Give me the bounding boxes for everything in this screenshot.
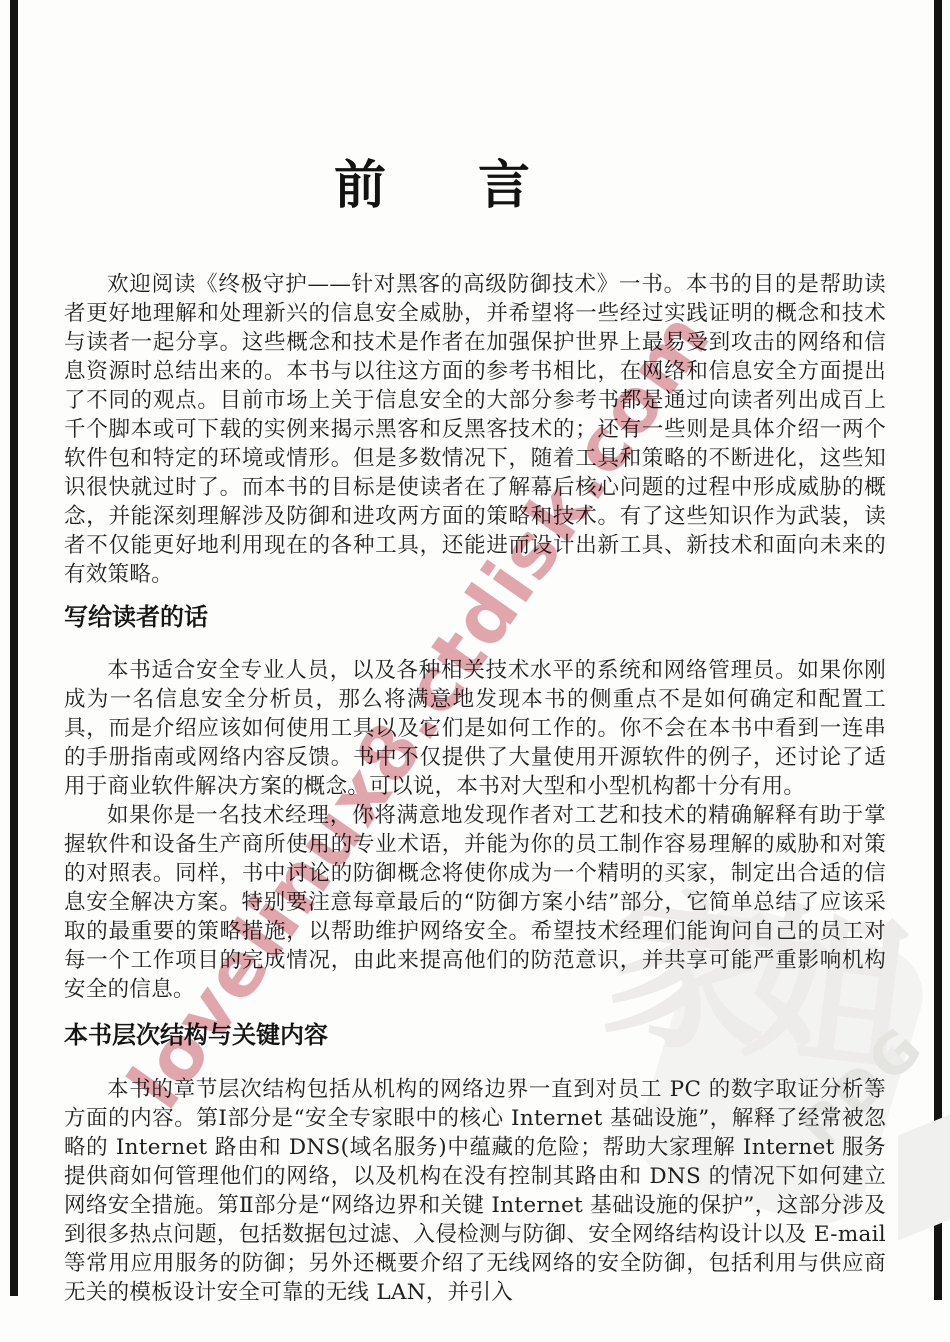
section-heading-to-readers: 写给读者的话 [64, 604, 886, 630]
section-heading-structure: 本书层次结构与关键内容 [64, 1022, 886, 1048]
paragraph-structure-1: 本书的章节层次结构包括从机构的网络边界一直到对员工 PC 的数字取证分析等方面的… [64, 1075, 886, 1307]
page-content: 前言 欢迎阅读《终极守护——针对黑客的高级防御技术》一书。本书的目的是帮助读者更… [64, 0, 886, 1307]
page-title-right: 言 [478, 156, 530, 216]
paragraph-readers-1: 本书适合安全专业人员，以及各种相关技术水平的系统和网络管理员。如果你刚成为一名信… [64, 656, 886, 801]
paragraph-readers-2: 如果你是一名技术经理，你将满意地发现作者对工艺和技术的精确解释有助于掌握软件和设… [64, 801, 886, 1004]
page-title-left: 前 [334, 156, 386, 216]
scan-edge-bar-left [10, 0, 18, 1296]
intro-paragraph: 欢迎阅读《终极守护——针对黑客的高级防御技术》一书。本书的目的是帮助读者更好地理… [64, 270, 886, 589]
seal-corner-flag [898, 1114, 950, 1240]
scan-edge-bar-right [934, 0, 942, 1300]
scanned-book-page: 家姐 PDG 前言 欢迎阅读《终极守护——针对黑客的高级防御技术》一书。本书的目… [0, 0, 950, 1342]
page-title: 前言 [64, 160, 800, 212]
